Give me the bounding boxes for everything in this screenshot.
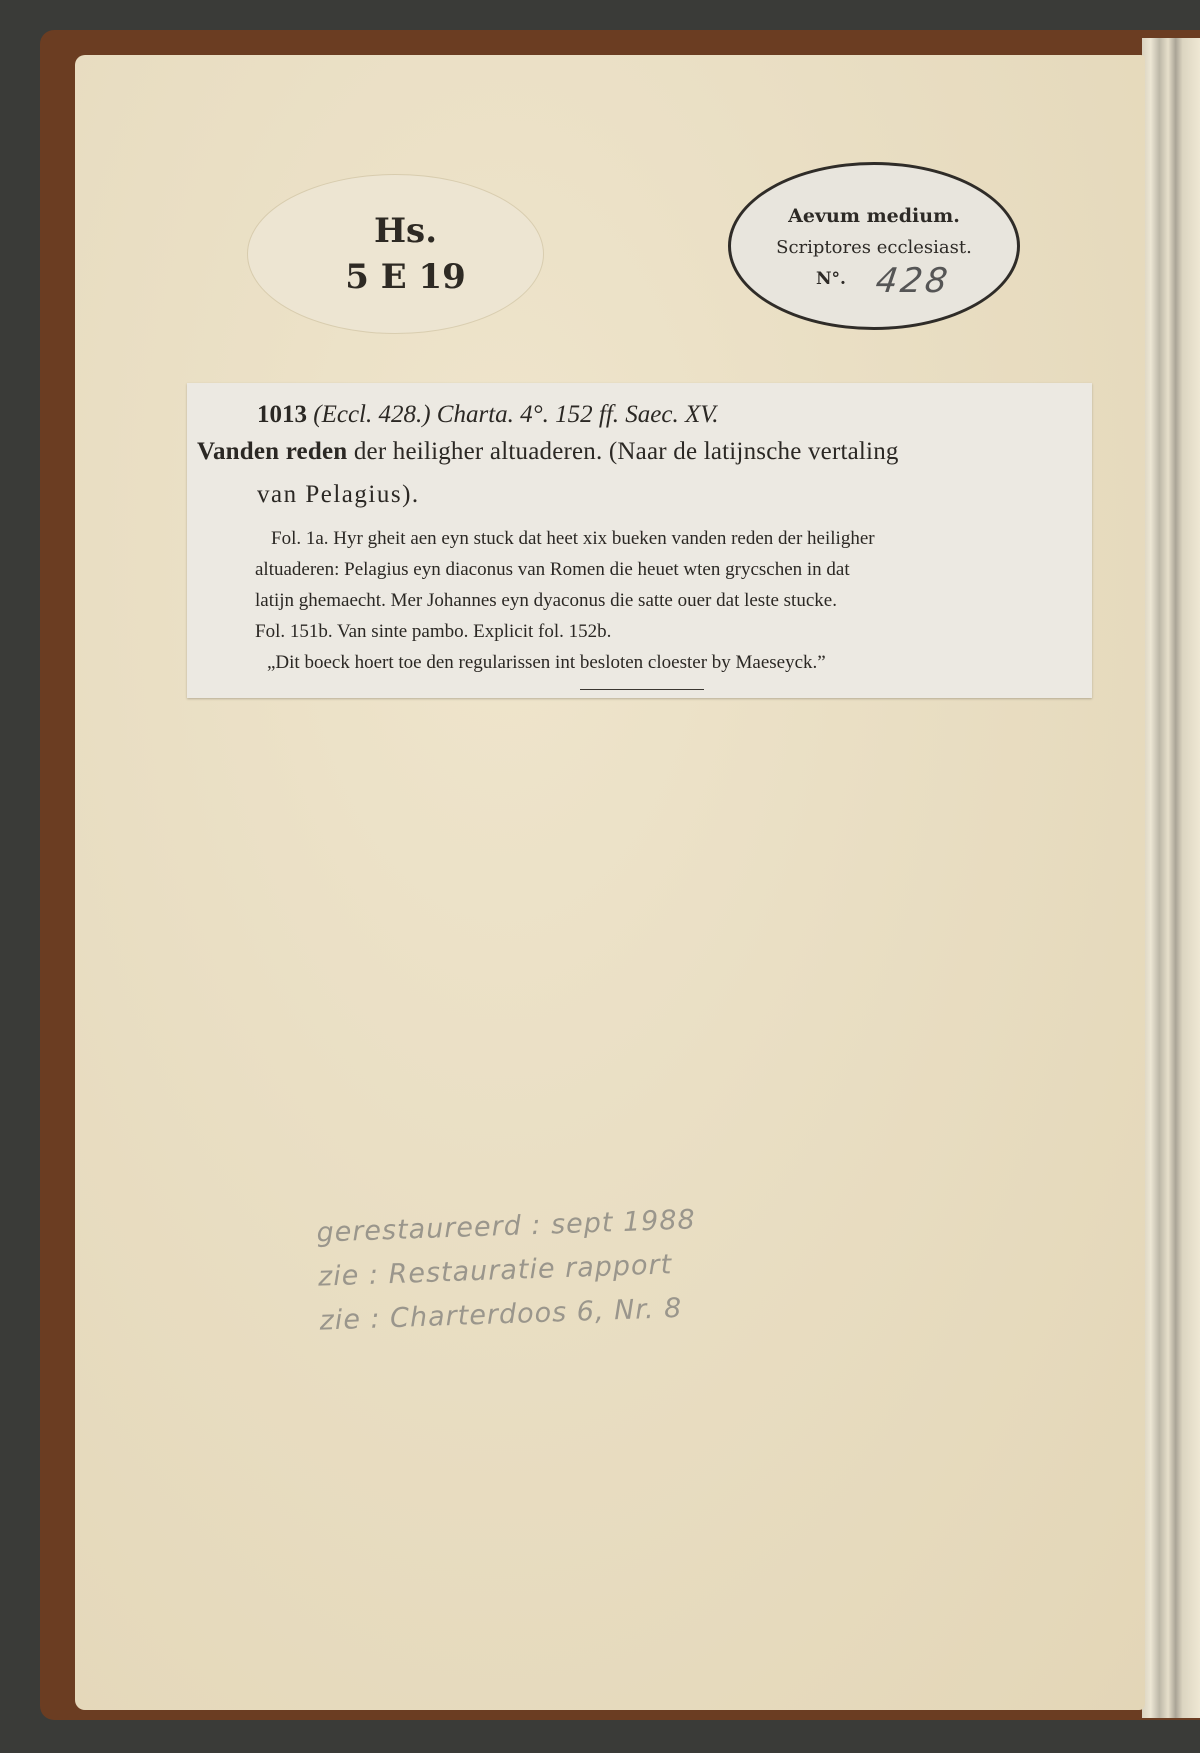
catalog-body-line: Fol. 151b. Van sinte pambo. Explicit fol…: [255, 616, 1080, 647]
catalog-provenance-quote: „Dit boeck hoert toe den regularissen in…: [255, 647, 1080, 678]
stamp-line-2: Scriptores ecclesiast.: [731, 237, 1017, 258]
shelfmark-line-1: Hs.: [248, 211, 543, 251]
stamp-number-prefix: N°.: [816, 269, 846, 289]
catalog-body: Fol. 1a. Hyr gheit aen eyn stuck dat hee…: [255, 523, 1080, 678]
shelfmark-line-2: 5 E 19: [248, 257, 543, 297]
catalog-rule-divider: [580, 689, 704, 690]
catalog-title-bold: Vanden reden: [197, 438, 347, 465]
catalog-title: Vanden reden der heiligher altuaderen. (…: [197, 438, 899, 466]
catalog-header: 1013 (Eccl. 428.) Charta. 4°. 152 ff. Sa…: [257, 401, 719, 429]
catalog-header-details: (Eccl. 428.) Charta. 4°. 152 ff. Saec. X…: [313, 401, 718, 428]
catalog-body-line: latijn ghemaecht. Mer Johannes eyn dyaco…: [255, 585, 1080, 616]
shelfmark-label: Hs. 5 E 19: [248, 175, 543, 333]
catalog-number: 1013: [257, 401, 307, 428]
catalog-title-rest: der heiligher altuaderen. (Naar de latij…: [354, 438, 899, 465]
stamp-line-1: Aevum medium.: [731, 205, 1017, 227]
book-gutter: [1142, 38, 1200, 1718]
pencil-notes: gerestaureerd : sept 1988 zie : Restaura…: [316, 1198, 700, 1343]
stamp-handwritten-number: 428: [873, 261, 953, 301]
collection-stamp: Aevum medium. Scriptores ecclesiast. N°.…: [728, 162, 1020, 330]
catalog-body-line: Fol. 1a. Hyr gheit aen eyn stuck dat hee…: [255, 523, 1080, 554]
catalog-body-line: altuaderen: Pelagius eyn diaconus van Ro…: [255, 554, 1080, 585]
endpaper-page: [75, 55, 1145, 1710]
catalog-description-label: 1013 (Eccl. 428.) Charta. 4°. 152 ff. Sa…: [187, 383, 1092, 698]
catalog-title-line-2: van Pelagius).: [257, 481, 420, 509]
